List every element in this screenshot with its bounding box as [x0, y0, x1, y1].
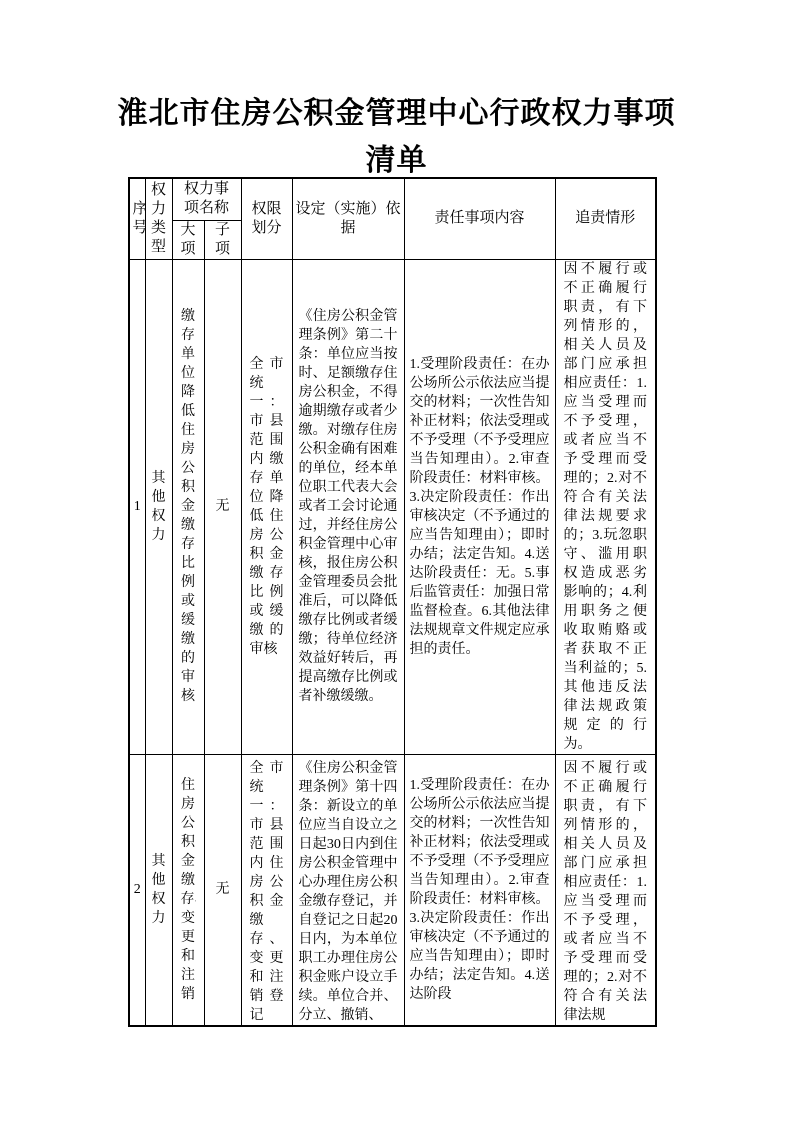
document-page: 淮北市住房公积金管理中心行政权力事项 清单 序号 权力类型 权力事项名称 权限划… — [0, 0, 793, 1122]
header-item-name-group: 权力事项名称 — [172, 178, 241, 220]
header-power-type: 权力类型 — [145, 178, 172, 259]
power-items-table: 序号 权力类型 权力事项名称 权限划分 设定（实施）依据 责任事项内容 追责情形 — [128, 177, 657, 1027]
cell-serial: 1 — [129, 259, 145, 754]
header-sub-item: 子项 — [204, 220, 241, 259]
header-duty-content: 责任事项内容 — [404, 178, 555, 259]
cell-major-item: 住房公积金缴存、变更和注销 — [172, 754, 204, 1026]
cell-authority-division: 全市统一：市县范围内缴存单位降低住房公积金缴存比例或缓缴的审核 — [241, 259, 292, 754]
cell-authority-division: 全市统一：市县范围内住房公积金缴存、变更和注销登记 — [241, 754, 292, 1026]
cell-duty-content: 1.受理阶段责任：在办公场所公示依法应当提交的材料；一次性告知补正材料；依法受理… — [404, 259, 555, 754]
header-major-item: 大项 — [172, 220, 204, 259]
page-title-line1: 淮北市住房公积金管理中心行政权力事项 — [0, 90, 793, 137]
page-title: 淮北市住房公积金管理中心行政权力事项 清单 — [0, 90, 793, 184]
cell-sub-item: 无 — [204, 754, 241, 1026]
table-header-row-top: 序号 权力类型 权力事项名称 权限划分 设定（实施）依据 责任事项内容 追责情形 — [129, 178, 656, 220]
header-basis: 设定（实施）依据 — [292, 178, 404, 259]
table-row: 1 其他权力 缴存单位降低住房公积金缴存比例或缓缴的审核 无 全市统一：市县范围… — [129, 259, 656, 754]
cell-accountability: 因不履行或不正确履行职责，有下列情形的，相关人员及部门应承担相应责任：1.应当受… — [555, 754, 656, 1026]
cell-accountability: 因不履行或不正确履行职责，有下列情形的，相关人员及部门应承担相应责任：1.应当受… — [555, 259, 656, 754]
cell-major-item: 缴存单位降低住房公积金缴存比例或缓缴的审核 — [172, 259, 204, 754]
cell-serial: 2 — [129, 754, 145, 1026]
header-authority-division: 权限划分 — [241, 178, 292, 259]
header-accountability: 追责情形 — [555, 178, 656, 259]
cell-power-type: 其他权力 — [145, 259, 172, 754]
cell-sub-item: 无 — [204, 259, 241, 754]
cell-basis: 《住房公积金管理条例》第十四条：新设立的单位应当自设立之日起30日内到住房公积金… — [292, 754, 404, 1026]
header-serial: 序号 — [129, 178, 145, 259]
cell-power-type: 其他权力 — [145, 754, 172, 1026]
cell-basis: 《住房公积金管理条例》第二十条：单位应当按时、足额缴存住房公积金，不得逾期缴存或… — [292, 259, 404, 754]
cell-duty-content: 1.受理阶段责任：在办公场所公示依法应当提交的材料；一次性告知补正材料；依法受理… — [404, 754, 555, 1026]
table-row: 2 其他权力 住房公积金缴存、变更和注销 无 全市统一：市县范围内住房公积金缴存… — [129, 754, 656, 1026]
